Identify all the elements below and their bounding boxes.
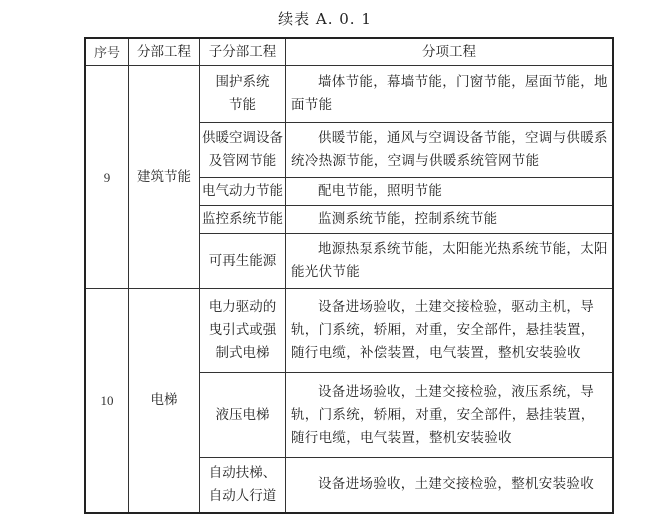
table-row: 10 电梯 电力驱动的曳引式或强制式电梯 设备进场验收，土建交接检验，驱动主机，…: [85, 289, 613, 373]
sub-division-cell: 自动扶梯、自动人行道: [200, 458, 286, 513]
items-cell: 地源热泵系统节能，太阳能光热系统节能，太阳能光伏节能: [286, 234, 614, 289]
header-items: 分项工程: [286, 38, 614, 66]
items-cell: 配电节能，照明节能: [286, 178, 614, 206]
items-cell: 供暖节能，通风与空调设备节能，空调与供暖系统冷热源节能，空调与供暖系统管网节能: [286, 123, 614, 178]
items-cell: 墙体节能，幕墙节能，门窗节能，屋面节能，地面节能: [286, 66, 614, 123]
sub-division-text: 自动扶梯、自动人行道: [207, 462, 279, 508]
table-header-row: 序号 分部工程 子分部工程 分项工程: [85, 38, 613, 66]
sub-division-text: 围护系统节能: [210, 71, 276, 117]
sub-division-cell: 电气动力节能: [200, 178, 286, 206]
division-cell: 电梯: [129, 289, 200, 513]
header-seq-no: 序号: [85, 38, 129, 66]
seq-no-cell: 9: [85, 66, 129, 289]
header-division: 分部工程: [129, 38, 200, 66]
sub-division-cell: 围护系统节能: [200, 66, 286, 123]
items-cell: 设备进场验收，土建交接检验，液压系统，导轨，门系统，轿厢，对重，安全部件，悬挂装…: [286, 373, 614, 458]
sub-division-cell: 监控系统节能: [200, 206, 286, 234]
sub-division-cell: 可再生能源: [200, 234, 286, 289]
sub-division-text: 电力驱动的曳引式或强制式电梯: [208, 296, 278, 365]
sub-division-text: 供暖空调设备及管网节能: [201, 127, 285, 173]
table-caption: 续表 A. 0. 1: [0, 8, 650, 29]
table-row: 9 建筑节能 围护系统节能 墙体节能，幕墙节能，门窗节能，屋面节能，地面节能: [85, 66, 613, 123]
items-cell: 设备进场验收，土建交接检验，驱动主机，导轨，门系统，轿厢，对重，安全部件，悬挂装…: [286, 289, 614, 373]
sub-division-cell: 液压电梯: [200, 373, 286, 458]
items-cell: 设备进场验收，土建交接检验，整机安装验收: [286, 458, 614, 513]
engineering-division-table: 序号 分部工程 子分部工程 分项工程 9 建筑节能 围护系统节能 墙体节能，幕墙…: [84, 37, 614, 514]
division-cell: 建筑节能: [129, 66, 200, 289]
sub-division-cell: 电力驱动的曳引式或强制式电梯: [200, 289, 286, 373]
items-cell: 监测系统节能，控制系统节能: [286, 206, 614, 234]
sub-division-cell: 供暖空调设备及管网节能: [200, 123, 286, 178]
header-sub-division: 子分部工程: [200, 38, 286, 66]
seq-no-cell: 10: [85, 289, 129, 513]
